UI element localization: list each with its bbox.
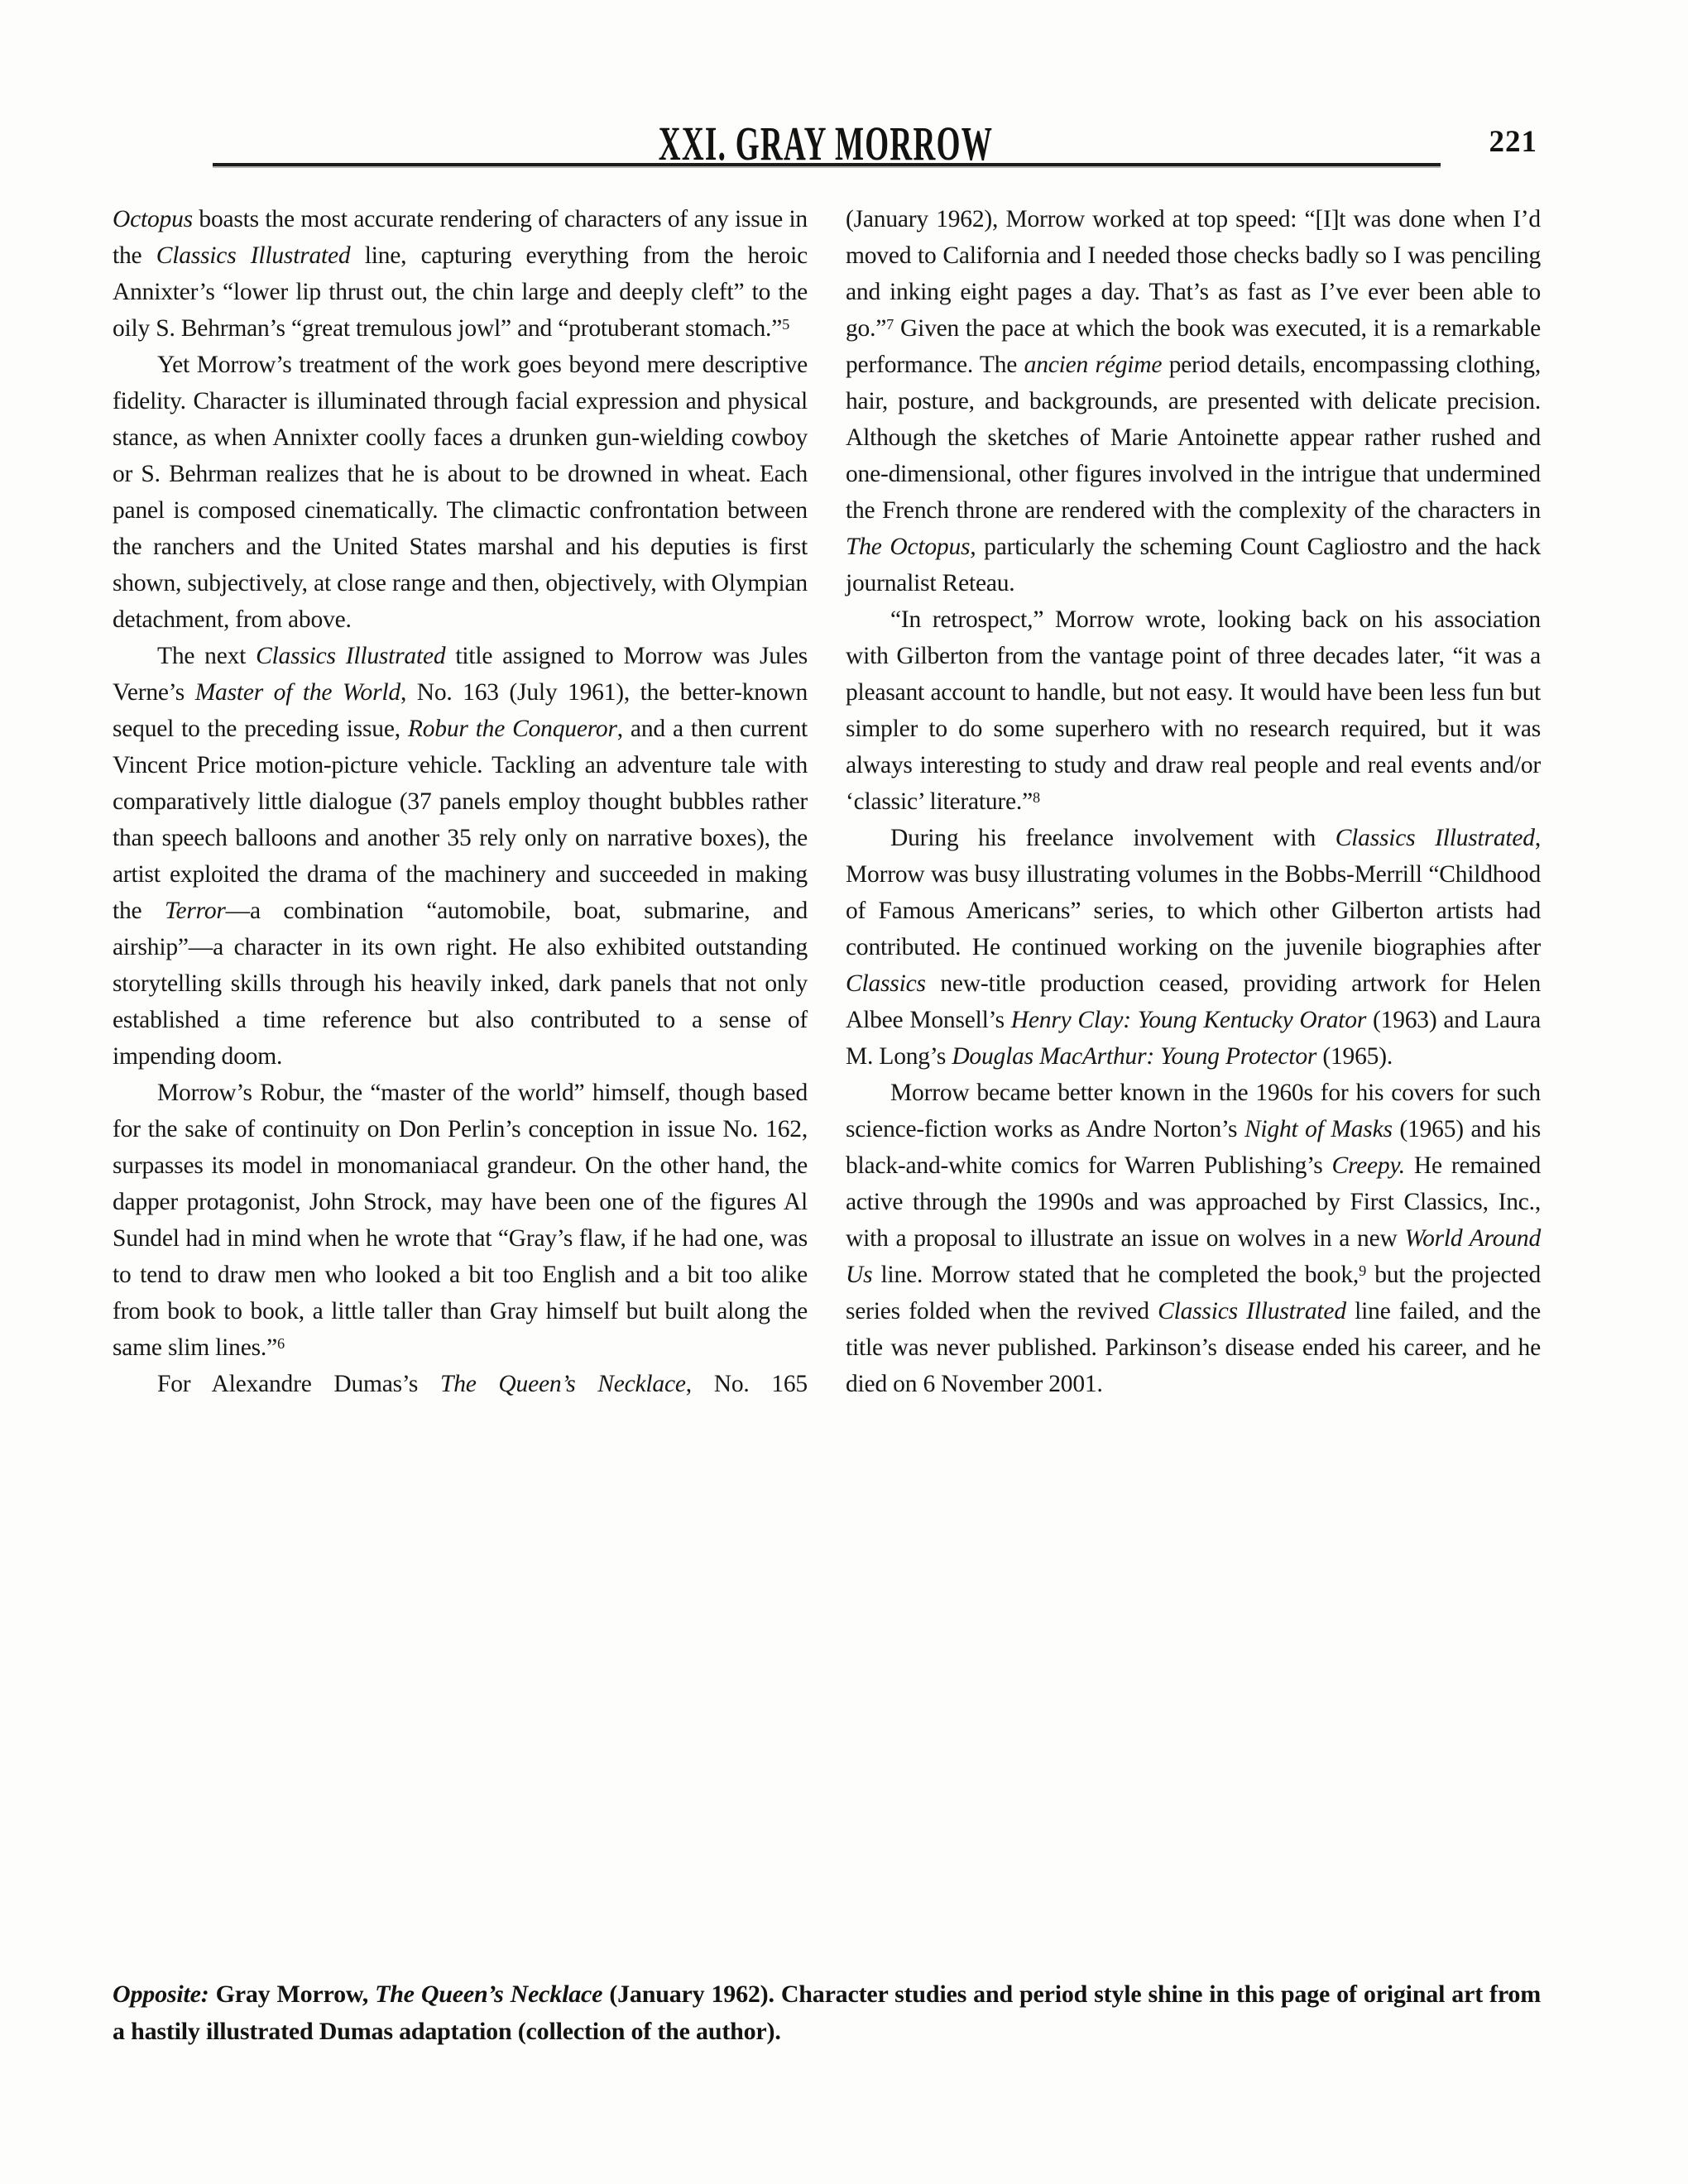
text-segment: line. Morrow stated that he completed th… <box>872 1262 1359 1288</box>
text-segment: The Queen’s Necklace <box>440 1371 686 1397</box>
text-segment: Classics <box>846 970 926 997</box>
paragraph: For Alexandre Dumas’s The Queen’s Neckla… <box>113 1366 808 1402</box>
footnote-ref: 8 <box>1033 789 1040 806</box>
text-segment: Douglas MacArthur: Young Protector <box>952 1043 1316 1070</box>
paragraph: During his freelance involvement with Cl… <box>846 820 1541 1075</box>
header-rule <box>213 163 1441 166</box>
column-right: (January 1962), Morrow worked at top spe… <box>846 201 1541 1402</box>
text-segment: Master of the World <box>195 679 400 706</box>
text-segment: Henry Clay: Young Kentucky Orator <box>1011 1007 1366 1033</box>
text-segment: The Queen’s Necklace <box>375 1980 602 2008</box>
text-segment: Classics Illustrated <box>156 242 351 269</box>
page-footer: Opposite: Gray Morrow, The Queen’s Neckl… <box>113 1976 1541 2050</box>
text-segment: “In retrospect,” Morrow wrote, looking b… <box>846 606 1541 815</box>
text-segment: , No. 165 <box>686 1371 808 1397</box>
paragraph: Yet Morrow’s treatment of the work goes … <box>113 347 808 638</box>
text-segment: The next <box>157 643 256 669</box>
column-left: Octopus boasts the most accurate renderi… <box>113 201 808 1402</box>
text-segment: Classics Illustrated <box>1336 825 1535 851</box>
text-segment: Robur the Conqueror <box>408 716 617 742</box>
text-segment: , and a then current Vincent Price motio… <box>113 716 808 924</box>
book-page: XXI. GRAY MORROW 221 Octopus boasts the … <box>0 0 1688 2184</box>
text-segment: During his freelance involvement with <box>890 825 1336 851</box>
paragraph: (January 1962), Morrow worked at top spe… <box>846 201 1541 601</box>
text-segment: (1965). <box>1316 1043 1393 1070</box>
article-body: Octopus boasts the most accurate renderi… <box>113 201 1541 1402</box>
paragraph: Morrow’s Robur, the “master of the world… <box>113 1075 808 1366</box>
text-segment: Night of Masks <box>1244 1116 1393 1142</box>
text-segment: Morrow’s Robur, the “master of the world… <box>113 1080 808 1361</box>
text-segment: Classics Illustrated <box>1158 1298 1346 1324</box>
paragraph: Morrow became better known in the 1960s … <box>846 1075 1541 1402</box>
text-segment: Octopus <box>113 206 193 232</box>
text-segment: The Octopus, <box>846 534 976 560</box>
caption-text: Opposite: Gray Morrow, The Queen’s Neckl… <box>113 1976 1541 2050</box>
paragraph: The next Classics Illustrated title assi… <box>113 638 808 1075</box>
footnote-ref: 7 <box>886 316 894 333</box>
text-segment: Creepy. <box>1331 1152 1404 1179</box>
text-segment: Opposite: <box>113 1980 209 2008</box>
footnote-ref: 9 <box>1359 1262 1366 1279</box>
text-segment: Classics Illustrated <box>256 643 445 669</box>
text-segment: For Alexandre Dumas’s <box>157 1371 440 1397</box>
footnote-ref: 6 <box>277 1335 285 1352</box>
paragraph: “In retrospect,” Morrow wrote, looking b… <box>846 601 1541 820</box>
page-number: 221 <box>1489 124 1538 160</box>
text-segment: Yet Morrow’s treatment of the work goes … <box>113 352 808 633</box>
text-segment: Gray Morrow, <box>209 1980 376 2008</box>
footnote-ref: 5 <box>782 316 789 333</box>
text-segment: ancien régime <box>1024 352 1163 378</box>
paragraph: Octopus boasts the most accurate renderi… <box>113 201 808 347</box>
text-segment: Terror <box>165 898 226 924</box>
